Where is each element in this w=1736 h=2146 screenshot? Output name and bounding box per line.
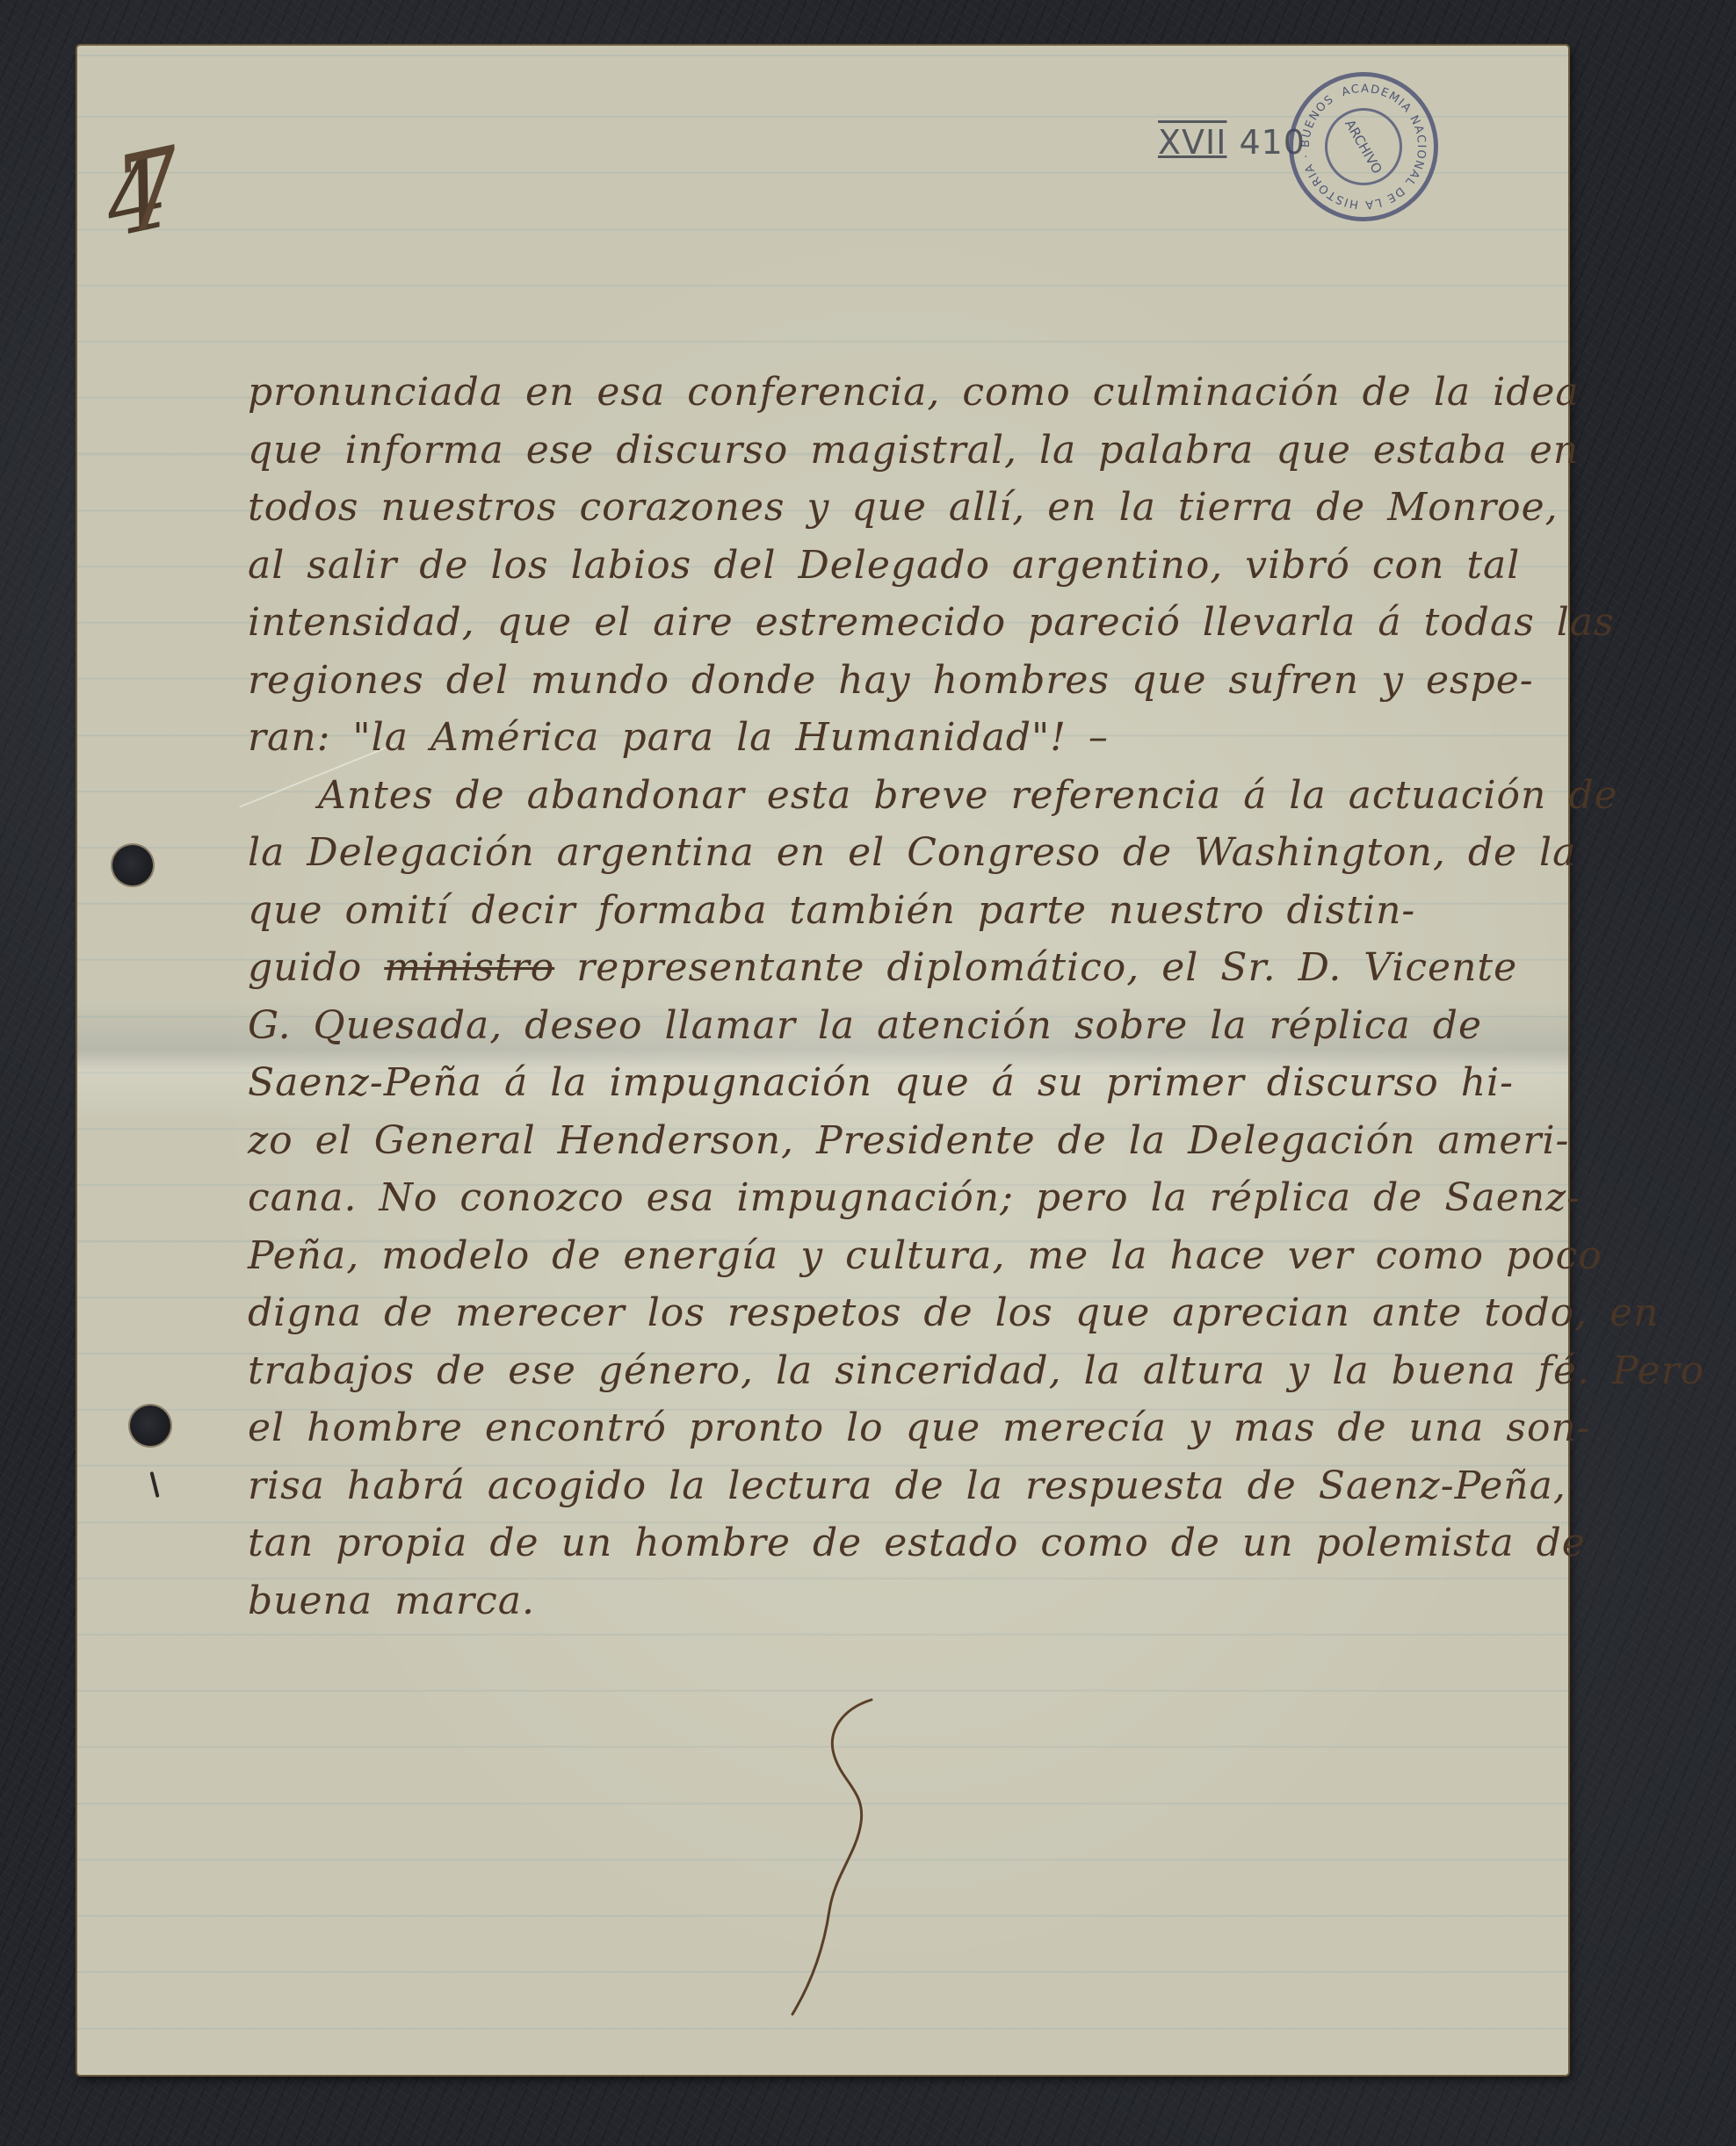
text-line: cana. No conozco esa impugnación; pero l… [248, 1169, 1592, 1227]
text-line: pronunciada en esa conferencia, como cul… [248, 364, 1592, 422]
manuscript-body: pronunciada en esa conferencia, como cul… [248, 364, 1592, 1629]
paragraph-start-line: Antes de abandonar esta breve referencia… [248, 767, 1592, 825]
text-line: el hombre encontró pronto lo que merecía… [248, 1399, 1592, 1457]
stamp-center-text: ARCHIVO [1342, 117, 1385, 177]
closing-flourish-icon [773, 1682, 896, 2016]
text-line: intensidad, que el aire estremecido pare… [248, 594, 1592, 652]
text-line: que omití decir formaba también parte nu… [248, 882, 1592, 940]
text-line: G. Quesada, deseo llamar la atención sob… [248, 997, 1592, 1055]
text-line: digna de merecer los respetos de los que… [248, 1284, 1592, 1342]
text-line: risa habrá acogido la lectura de la resp… [248, 1457, 1592, 1515]
text-line: buena marca. [248, 1572, 1592, 1630]
text-line: la Delegación argentina en el Congreso d… [248, 824, 1592, 882]
text-line: todos nuestros corazones y que allí, en … [248, 479, 1592, 537]
text-line: regiones del mundo donde hay hombres que… [248, 652, 1592, 710]
text-line: trabajos de ese género, la sinceridad, l… [248, 1342, 1592, 1400]
text-line: que informa ese discurso magistral, la p… [248, 422, 1592, 480]
text-line: Peña, modelo de energía y cultura, me la… [248, 1227, 1592, 1285]
punch-hole-upper [112, 845, 153, 885]
text-line: tan propia de un hombre de estado como d… [248, 1514, 1592, 1572]
archive-volume: XVII [1158, 123, 1226, 162]
punch-hole-lower [130, 1405, 170, 1446]
text-line-with-strikethrough: guido ministro representante diplomático… [248, 939, 1592, 997]
text-line: ran: "la América para la Humanidad"! – [248, 709, 1592, 767]
struck-word: ministro [384, 945, 554, 990]
text-line: Saenz-Peña á la impugnación que á su pri… [248, 1054, 1592, 1112]
text-line: zo el General Henderson, Presidente de l… [248, 1112, 1592, 1170]
text-line: al salir de los labios del Delegado arge… [248, 537, 1592, 595]
